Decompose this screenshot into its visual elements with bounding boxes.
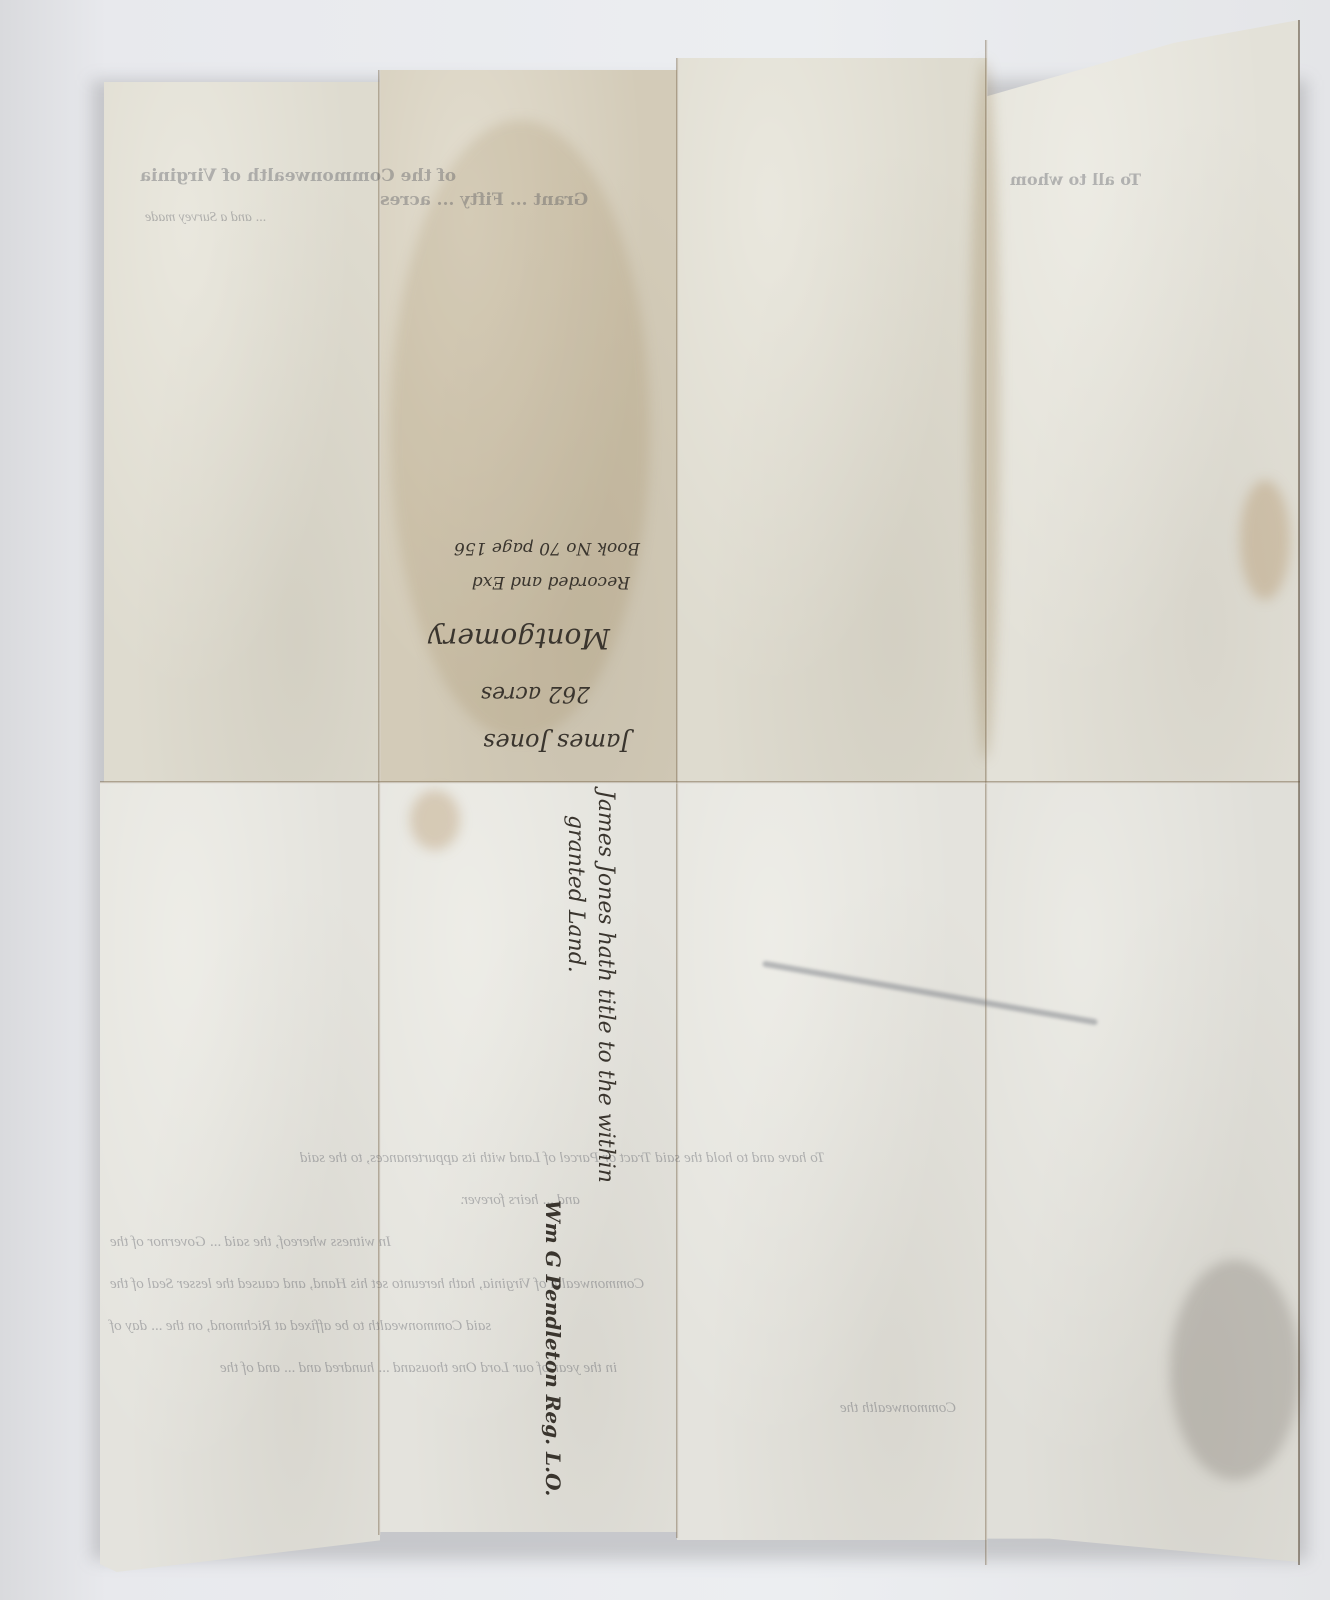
stain: [1240, 480, 1290, 600]
parchment-document: of the Commonwealth of Virginia Grant ..…: [0, 0, 1330, 1600]
panel-top-4: [987, 20, 1299, 782]
fold-line: [100, 781, 1300, 784]
title-annotation: James Jones hath title to the within: [593, 790, 618, 1183]
show-through-line: ... and a Survey made: [145, 210, 266, 226]
show-through-line: To have and to hold the said Tract or Pa…: [300, 1150, 825, 1167]
stain: [410, 790, 460, 850]
signature: Wm G Pendleton Reg. L.O.: [541, 1200, 565, 1496]
stain: [1170, 1260, 1300, 1480]
fold-line: [378, 70, 381, 1535]
annotation-line-2: granted Land.: [563, 815, 588, 973]
show-through-line: Commonwealth the: [840, 1400, 956, 1417]
docket-notation: James Jones 262 acres Montgomery Recorde…: [400, 470, 650, 760]
fold-line: [676, 58, 679, 1538]
show-through-header: of the Commonwealth of Virginia: [140, 166, 456, 186]
docket-county: Montgomery: [400, 622, 610, 655]
show-through-header: Grant ... Fifty ... acres: [380, 190, 588, 210]
signature-text: Wm G Pendleton Reg. L.O.: [541, 1200, 565, 1496]
docket-name: James Jones: [400, 728, 630, 756]
show-through-corner: To all to whom: [1010, 170, 1141, 189]
panel-top-3: [677, 58, 987, 782]
title-annotation: granted Land.: [563, 815, 588, 973]
show-through-line: In witness whereof, the said ... Governo…: [110, 1234, 391, 1251]
annotation-line-1: James Jones hath title to the within: [593, 790, 618, 1183]
docket-acres: 262 acres: [400, 681, 590, 706]
docket-book-page: Book No 70 page 156: [400, 538, 640, 558]
paper-edge: [1298, 20, 1300, 1565]
docket-recorded: Recorded and Exd: [400, 572, 630, 592]
fold-line: [985, 40, 988, 1565]
panel-bottom-1: [100, 782, 380, 1572]
show-through-line: said Commonwealth to be affixed at Richm…: [110, 1318, 491, 1335]
panel-top-1: [104, 82, 380, 782]
